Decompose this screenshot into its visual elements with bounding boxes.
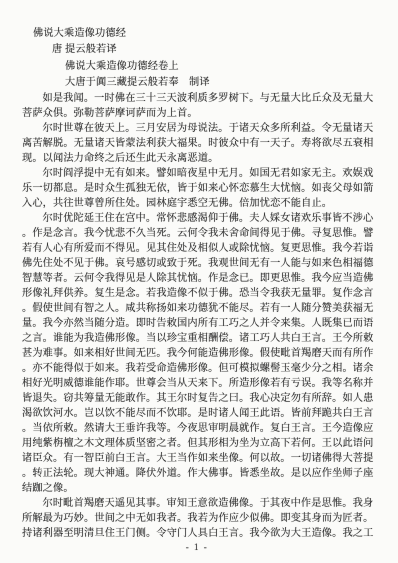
body-line: 诸臣众。有一智臣前白王言。大王当作如来坐像。何以故。一切诸佛得大菩提 — [22, 451, 372, 466]
body-line: 。假使世间有智之人。咸共称扬如来功德犹不能尽。若有一人随分赞美获福无 — [22, 301, 372, 316]
body-line: 。当依所敕。然请大王垂许我等。今夜思审明晨就作。复白王言。王今造像应 — [22, 421, 372, 436]
body-line: 用纯紫栴檀之木文理体质坚密之者。但其形相为坐为立高下若何。王以此语问 — [22, 436, 372, 451]
body-line: 。转正法轮。现大神通。降伏外道。作大佛事。皆悉坐故。是以应作坐师子座 — [22, 466, 372, 481]
body-line: 菩萨众俱。弥勒菩萨摩诃萨而为上首。 — [22, 106, 372, 121]
document-header: 佛说大乘造像功德经 唐 提云般若译 佛说大乘造像功德经卷上 大唐于阗三藏提云般若… — [22, 26, 372, 91]
attribution-line: 大唐于阗三藏提云般若奉 制译 — [22, 75, 372, 91]
volume-title: 佛说大乘造像功德经卷上 — [22, 59, 372, 75]
body-line: 所解最为巧妙。世间之中无如我者。我若为作应少似佛。即变其身而为匠者。 — [22, 511, 372, 526]
document-title: 佛说大乘造像功德经 — [22, 26, 372, 42]
body-line: 。作是念言。我今忧悲不久当死。云何令我未舍命间得见于佛。寻复思惟。譬 — [22, 226, 372, 241]
body-line: 佛先住处不见于佛。哀号感切或致于死。我观世间无有一人能与如来色相福德 — [22, 256, 372, 271]
body-line: 量。我今亦然当随分造。即时告敕国内所有工巧之人并令来集。人既集已而语 — [22, 316, 372, 331]
body-line: 离苦解脱。无量诸天皆蒙法利获大福果。时彼众中有一天子。寿将欲尽五衰相 — [22, 136, 372, 151]
body-line: 若有人心有所爱而不得见。见其住处及相似人或除忧恼。复更思惟。我今若诣 — [22, 241, 372, 256]
body-line: 尔时优陀延王住在宫中。常怀悲感渴仰于佛。夫人婇女诸欢乐事皆不涉心 — [22, 211, 372, 226]
body-line: 尔时毗首羯磨天遥见其事。审知王意欲造佛像。于其夜中作是思惟。我身 — [22, 496, 372, 511]
body-line: 入心，共往世尊曾所住处。园林庭宇悉空无佛。倍加忧恋不能自止。 — [22, 196, 372, 211]
body-line: 结跏之像。 — [22, 481, 372, 496]
scanned-document-page: 佛说大乘造像功德经 唐 提云般若译 佛说大乘造像功德经卷上 大唐于阗三藏提云般若… — [0, 0, 398, 563]
body-line: 相好光明威德谁能作耶。世尊会当从天来下。所造形像若有亏误。我等名称并 — [22, 376, 372, 391]
body-line: 现。以闻法力命终之后还生此天永离恶道。 — [22, 151, 372, 166]
body-line: 乐一切都息。是时众生孤独无依，皆于如来心怀恋慕生大忧恼。如丧父母如箭 — [22, 181, 372, 196]
body-line: 尔时阎浮提中无有如来。譬如暗夜星中无月。如国无君如家无主。欢娱戏 — [22, 166, 372, 181]
body-line: 尔时世尊在彼天上。三月安居为母说法。于诸天众多所利益。令无量诸天 — [22, 121, 372, 136]
body-line: 如是我闻。一时佛在三十三天波利质多罗树下。与无量大比丘众及无量大 — [22, 91, 372, 106]
page-number: - 1 - — [22, 542, 372, 552]
sutra-body-text: 如是我闻。一时佛在三十三天波利质多罗树下。与无量大比丘众及无量大菩萨众俱。弥勒菩… — [22, 91, 372, 541]
body-line: 渴欲饮河水。岂以饮不能尽而不饮耶。是时诸人闻王此语。皆前拜跪共白王言 — [22, 406, 372, 421]
body-line: 。亦不能得似于如来。我若受命造佛形像。但可模拟螺髻玉毫少分之相。诸余 — [22, 361, 372, 376]
body-line: 甚为难事。如来相好世间无匹。我今何能造佛形像。假使毗首羯磨天而有所作 — [22, 346, 372, 361]
body-line: 智慧等者。云何令我得见是人除其忧恼。作是念已。即更思惟。我今应当造佛 — [22, 271, 372, 286]
body-line: 之言。谁能为我造佛形像。当以珍宝重相酬偿。诸工巧人共白王言。王今所敕 — [22, 331, 372, 346]
body-line: 形像礼拜供养。复生是念。若我造像不似于佛。恐当令我获无量罪。复作念言 — [22, 286, 372, 301]
translator-line: 唐 提云般若译 — [22, 42, 372, 58]
body-line: 皆退失。窃共筹量无能敢作。其王尔时复告之曰。我心决定勿有所辞。如人患 — [22, 391, 372, 406]
body-line: 持诸利器至明清旦住王门侧。令守门人具白王言。我今欲为大王造像。我之工 — [22, 526, 372, 541]
